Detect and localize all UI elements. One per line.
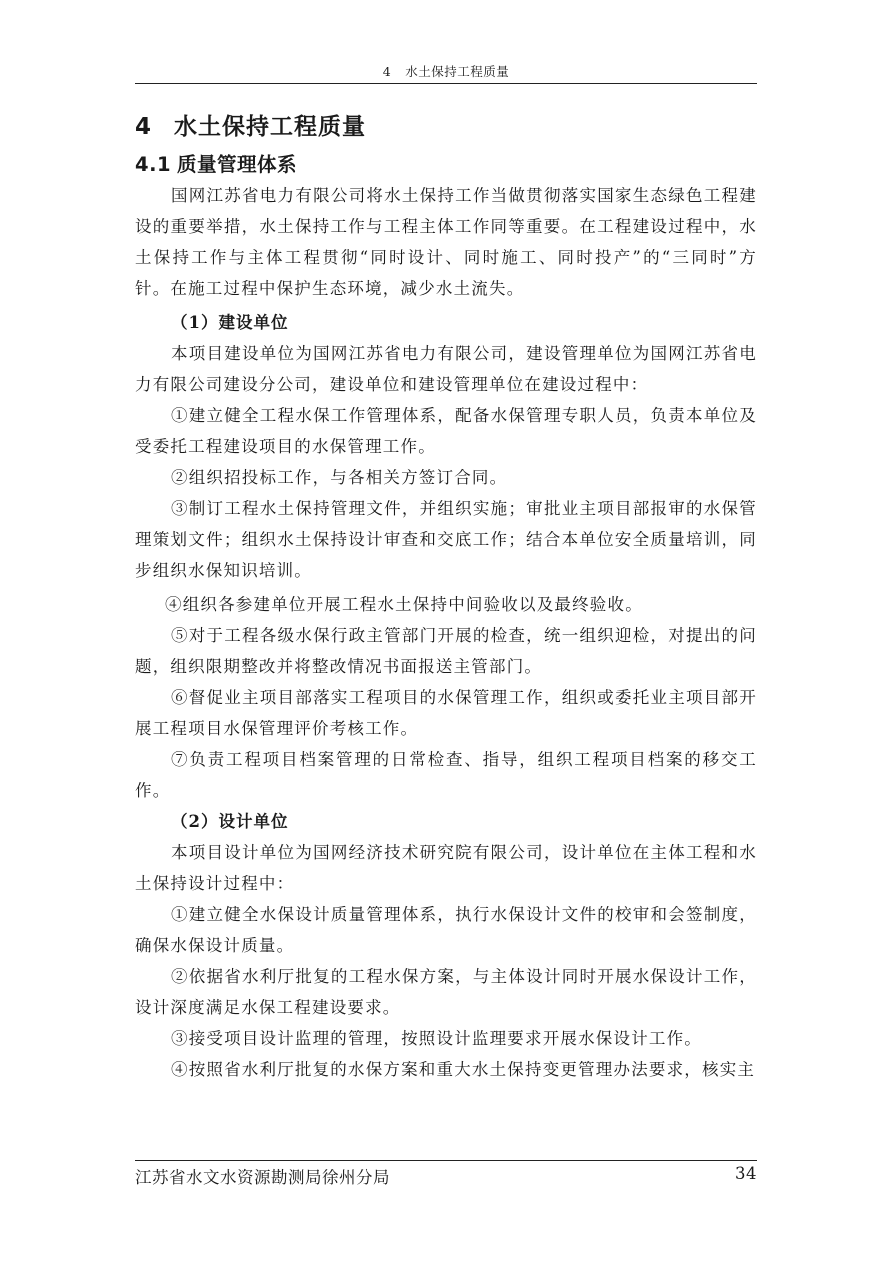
page-footer: 江苏省水文水资源勘测局徐州分局 34 [135, 1164, 757, 1188]
document-page: 4水土保持工程质量 4水土保持工程质量 4.1质量管理体系 国网江苏省电力有限公… [135, 0, 757, 1263]
section-heading-number: 4.1 [135, 153, 171, 176]
list-item: ⑥督促业主项目部落实工程项目的水保管理工作，组织或委托业主项目部开展工程项目水保… [135, 682, 757, 744]
section-heading-title: 质量管理体系 [177, 153, 297, 176]
list-item: ②组织招投标工作，与各相关方签订合同。 [135, 462, 757, 493]
header-divider [135, 83, 757, 84]
subheading-construction-unit: （1）建设单位 [135, 307, 757, 338]
page-number: 34 [735, 1164, 757, 1188]
paragraph-design-unit: 本项目设计单位为国网经济技术研究院有限公司，设计单位在主体工程和水土保持设计过程… [135, 837, 757, 899]
section-heading: 4.1质量管理体系 [135, 149, 297, 177]
body-text: 国网江苏省电力有限公司将水土保持工作当做贯彻落实国家生态绿色工程建设的重要举措，… [135, 180, 757, 1085]
subheading-design-unit: （2）设计单位 [135, 806, 757, 837]
list-item: ④按照省水利厅批复的水保方案和重大水土保持变更管理办法要求，核实主 [135, 1054, 757, 1085]
list-item: ⑦负责工程项目档案管理的日常检查、指导，组织工程项目档案的移交工作。 [135, 744, 757, 806]
chapter-heading-title: 水土保持工程质量 [174, 114, 366, 140]
paragraph-intro: 国网江苏省电力有限公司将水土保持工作当做贯彻落实国家生态绿色工程建设的重要举措，… [135, 180, 757, 304]
list-item: ③制订工程水土保持管理文件，并组织实施；审批业主项目部报审的水保管理策划文件；组… [135, 493, 757, 586]
list-item: ①建立健全水保设计质量管理体系，执行水保设计文件的校审和会签制度，确保水保设计质… [135, 899, 757, 961]
chapter-heading-number: 4 [135, 114, 152, 140]
footer-organization: 江苏省水文水资源勘测局徐州分局 [135, 1164, 390, 1188]
list-item: ⑤对于工程各级水保行政主管部门开展的检查，统一组织迎检，对提出的问题，组织限期整… [135, 620, 757, 682]
list-item: ③接受项目设计监理的管理，按照设计监理要求开展水保设计工作。 [135, 1023, 757, 1054]
paragraph-construction-unit: 本项目建设单位为国网江苏省电力有限公司，建设管理单位为国网江苏省电力有限公司建设… [135, 338, 757, 400]
footer-divider [135, 1160, 757, 1161]
header-chapter-number: 4 [383, 64, 391, 79]
running-header: 4水土保持工程质量 [135, 62, 757, 80]
list-item: ①建立健全工程水保工作管理体系，配备水保管理专职人员，负责本单位及受委托工程建设… [135, 400, 757, 462]
list-item: ④组织各参建单位开展工程水土保持中间验收以及最终验收。 [135, 589, 757, 620]
list-item: ②依据省水利厅批复的工程水保方案，与主体设计同时开展水保设计工作，设计深度满足水… [135, 961, 757, 1023]
header-chapter-title: 水土保持工程质量 [405, 64, 509, 79]
chapter-heading: 4水土保持工程质量 [135, 108, 366, 141]
